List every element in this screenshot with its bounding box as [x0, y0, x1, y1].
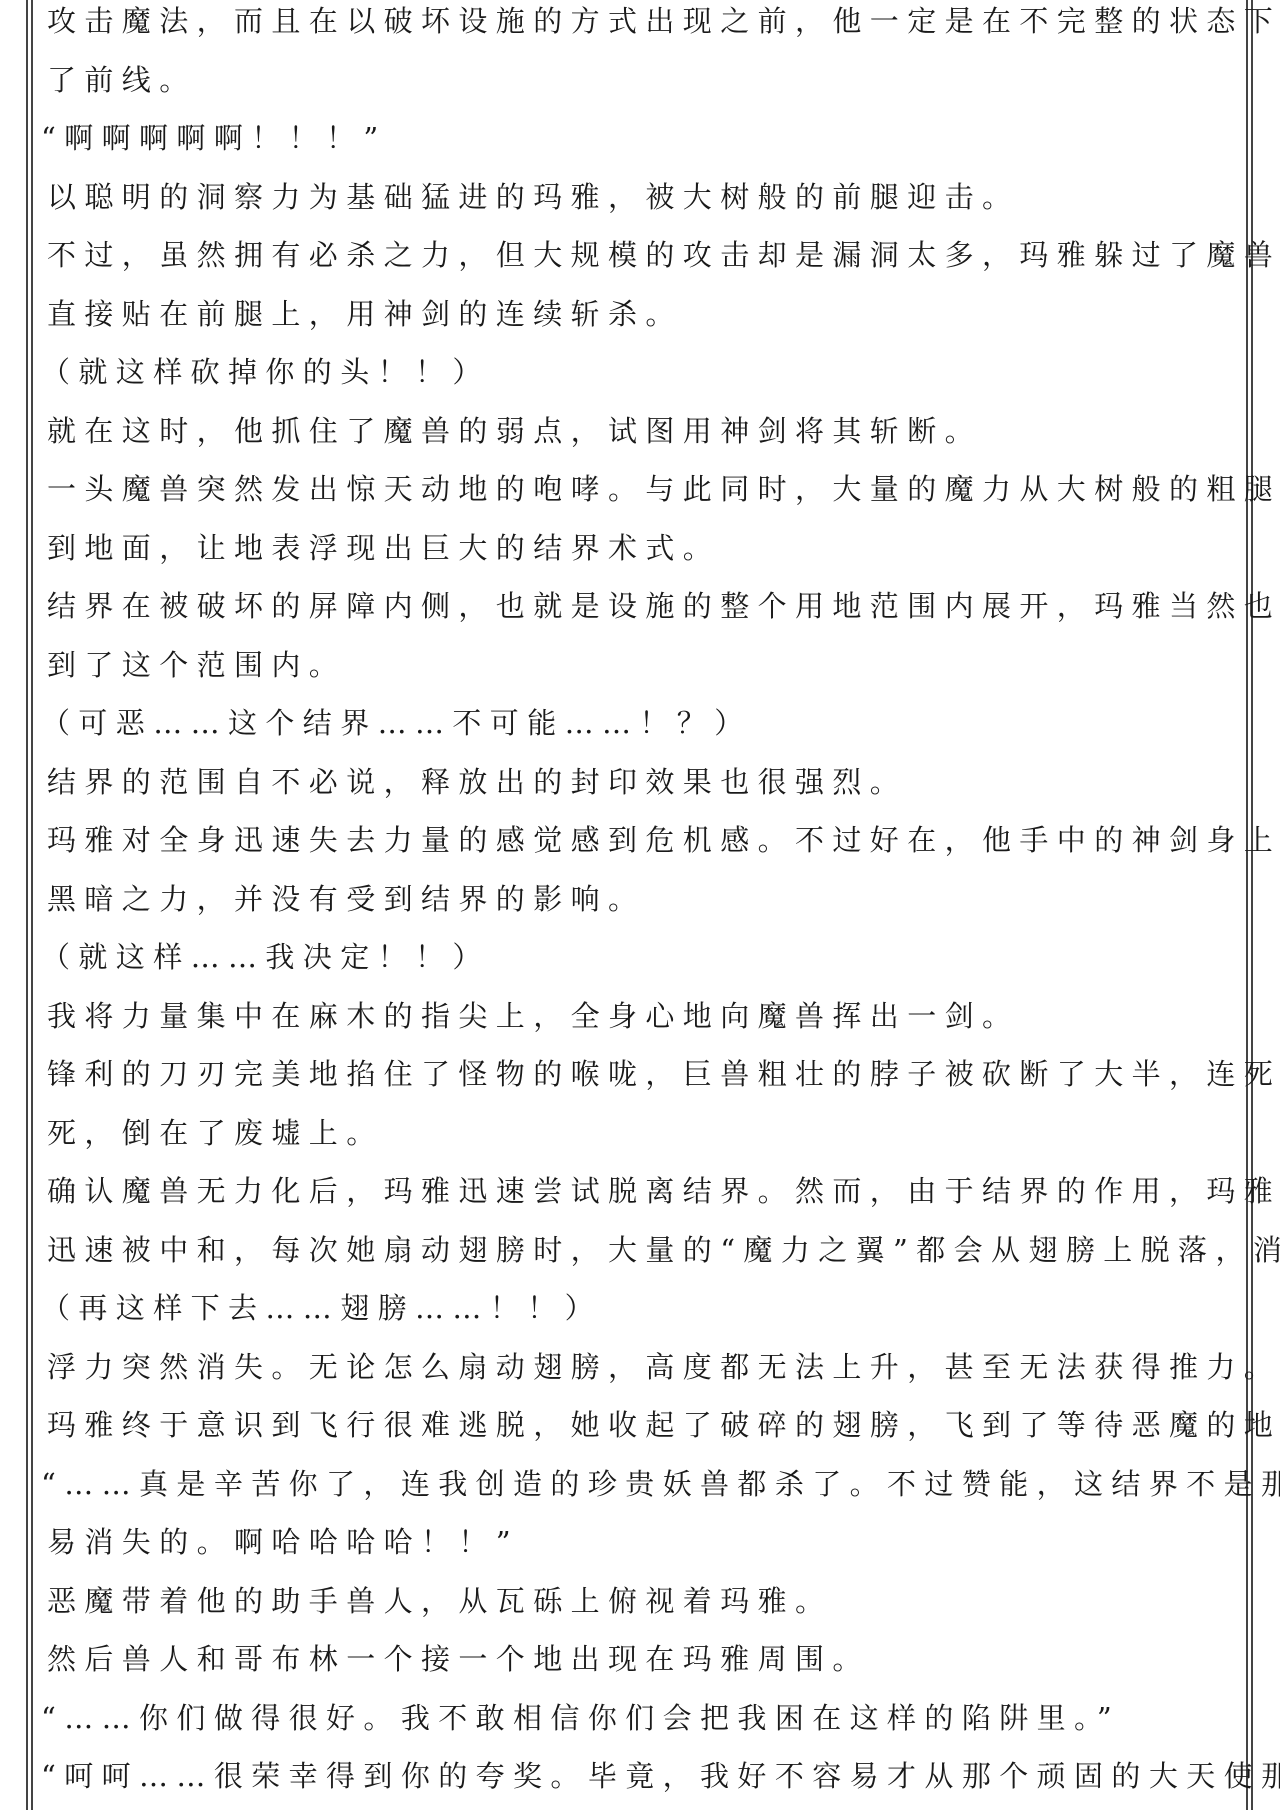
text-line: 就在这时，他抓住了魔兽的弱点，试图用神剑将其斩断。 — [47, 402, 1247, 461]
text-line: 死，倒在了废墟上。 — [47, 1104, 1247, 1163]
text-line: “呵呵……很荣幸得到你的夸奖。毕竟，我好不容易才从那个顽固的大天使那里引 — [41, 1747, 1247, 1806]
text-line: 到地面，让地表浮现出巨大的结界术式。 — [47, 519, 1247, 578]
text-line: 到了这个范围内。 — [47, 636, 1247, 695]
text-line: （就这样……我决定！！） — [41, 928, 1247, 987]
text-line: 攻击魔法，而且在以破坏设施的方式出现之前，他一定是在不完整的状态下被赶到 — [47, 0, 1247, 51]
text-line: 我将力量集中在麻木的指尖上，全身心地向魔兽挥出一剑。 — [47, 987, 1247, 1046]
text-line: 玛雅对全身迅速失去力量的感觉感到危机感。不过好在，他手中的神剑身上包裹着 — [47, 811, 1247, 870]
text-line: 结界的范围自不必说，释放出的封印效果也很强烈。 — [47, 753, 1247, 812]
text-line: 结界在被破坏的屏障内侧，也就是设施的整个用地范围内展开，玛雅当然也被捕捉 — [47, 577, 1247, 636]
text-line: 迅速被中和，每次她扇动翅膀时，大量的“魔力之翼”都会从翅膀上脱落，消散。 — [47, 1221, 1247, 1280]
text-line: 了前线。 — [47, 51, 1247, 110]
document-page: 攻击魔法，而且在以破坏设施的方式出现之前，他一定是在不完整的状态下被赶到 了前线… — [0, 0, 1280, 1810]
text-line: 浮力突然消失。无论怎么扇动翅膀，高度都无法上升，甚至无法获得推力。 — [47, 1338, 1247, 1397]
document-body-text: 攻击魔法，而且在以破坏设施的方式出现之前，他一定是在不完整的状态下被赶到 了前线… — [47, 0, 1247, 1806]
page-border-left-outer — [26, 0, 28, 1810]
text-line: 黑暗之力，并没有受到结界的影响。 — [47, 870, 1247, 929]
text-line: “啊啊啊啊啊！！！” — [41, 109, 1247, 168]
text-line: 直接贴在前腿上，用神剑的连续斩杀。 — [47, 285, 1247, 344]
text-line: 恶魔带着他的助手兽人，从瓦砾上俯视着玛雅。 — [47, 1572, 1247, 1631]
text-line: 以聪明的洞察力为基础猛进的玛雅，被大树般的前腿迎击。 — [47, 168, 1247, 227]
text-line: 一头魔兽突然发出惊天动地的咆哮。与此同时，大量的魔力从大树般的粗腿中释放 — [47, 460, 1247, 519]
text-line: 然后兽人和哥布林一个接一个地出现在玛雅周围。 — [47, 1630, 1247, 1689]
text-line: 确认魔兽无力化后，玛雅迅速尝试脱离结界。然而，由于结界的作用，玛雅的魔力 — [47, 1162, 1247, 1221]
text-line: 锋利的刀刃完美地掐住了怪物的喉咙，巨兽粗壮的脖子被砍断了大半，连死都没能 — [47, 1045, 1247, 1104]
text-line: “……你们做得很好。我不敢相信你们会把我困在这样的陷阱里。” — [41, 1689, 1247, 1748]
text-line: “……真是辛苦你了，连我创造的珍贵妖兽都杀了。不过赞能，这结界不是那么容 — [41, 1455, 1247, 1514]
page-border-left-inner — [31, 0, 33, 1810]
text-line: 玛雅终于意识到飞行很难逃脱，她收起了破碎的翅膀，飞到了等待恶魔的地面上。 — [47, 1396, 1247, 1455]
text-line: 易消失的。啊哈哈哈哈！！” — [47, 1513, 1247, 1572]
text-line: （就这样砍掉你的头！！） — [41, 343, 1247, 402]
text-line: （可恶……这个结界……不可能……！？） — [41, 694, 1247, 753]
text-line: （再这样下去……翅膀……！！） — [41, 1279, 1247, 1338]
text-line: 不过，虽然拥有必杀之力，但大规模的攻击却是漏洞太多，玛雅躲过了魔兽的一击， — [47, 226, 1247, 285]
